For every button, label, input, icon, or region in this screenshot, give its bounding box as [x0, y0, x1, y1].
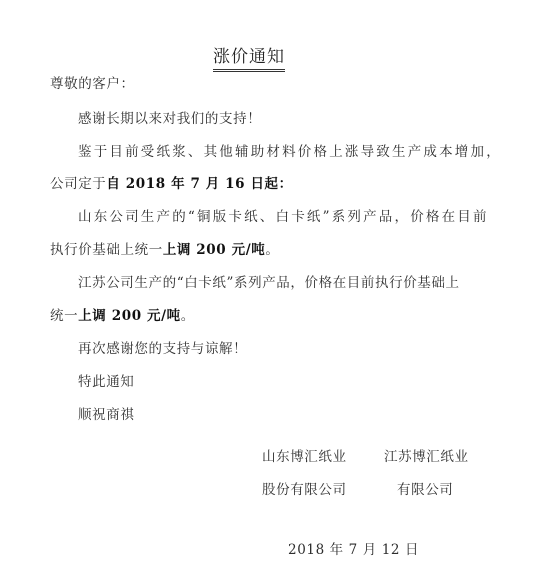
thanks-paragraph: 感谢长期以来对我们的支持！ [78, 110, 261, 128]
jiangsu-suffix: 。 [181, 308, 195, 324]
signature-right-line-1: 江苏博汇纸业 [384, 448, 469, 466]
shandong-line-2: 执行价基础上统一上调 200 元/吨。 [50, 241, 279, 259]
wishes-line: 顺祝商祺 [78, 406, 134, 424]
signature-right-line-2: 有限公司 [397, 481, 453, 499]
reason-paragraph: 鉴于目前受纸浆、其他辅助材料价格上涨导致生产成本增加， [78, 143, 502, 161]
effective-prefix: 公司定于 [50, 176, 106, 192]
greeting: 尊敬的客户： [50, 75, 135, 93]
effective-date-bold: 自 2018 年 7 月 16 日起： [106, 176, 292, 192]
shandong-line-1: 山东公司生产的“铜版卡纸、白卡纸”系列产品，价格在目前 [78, 208, 489, 226]
price-increase-notice: 涨价通知 尊敬的客户： 感谢长期以来对我们的支持！ 鉴于目前受纸浆、其他辅助材料… [0, 0, 533, 568]
shandong-increase-bold: 上调 200 元/吨 [163, 242, 266, 258]
signature-left-line-2: 股份有限公司 [262, 481, 347, 499]
jiangsu-line-1: 江苏公司生产的“白卡纸”系列产品，价格在目前执行价基础上 [78, 274, 460, 292]
shandong-prefix: 执行价基础上统一 [50, 242, 163, 258]
signature-left-line-1: 山东博汇纸业 [262, 448, 347, 466]
document-title: 涨价通知 [213, 46, 285, 72]
jiangsu-prefix: 统一 [50, 308, 78, 324]
jiangsu-increase-bold: 上调 200 元/吨 [78, 308, 181, 324]
jiangsu-line-2: 统一上调 200 元/吨。 [50, 307, 195, 325]
closing-thanks: 再次感谢您的支持与谅解！ [78, 340, 247, 358]
effective-date-line: 公司定于自 2018 年 7 月 16 日起： [50, 175, 293, 193]
shandong-suffix: 。 [265, 242, 279, 258]
notice-line: 特此通知 [78, 373, 134, 391]
document-date: 2018 年 7 月 12 日 [288, 541, 419, 559]
